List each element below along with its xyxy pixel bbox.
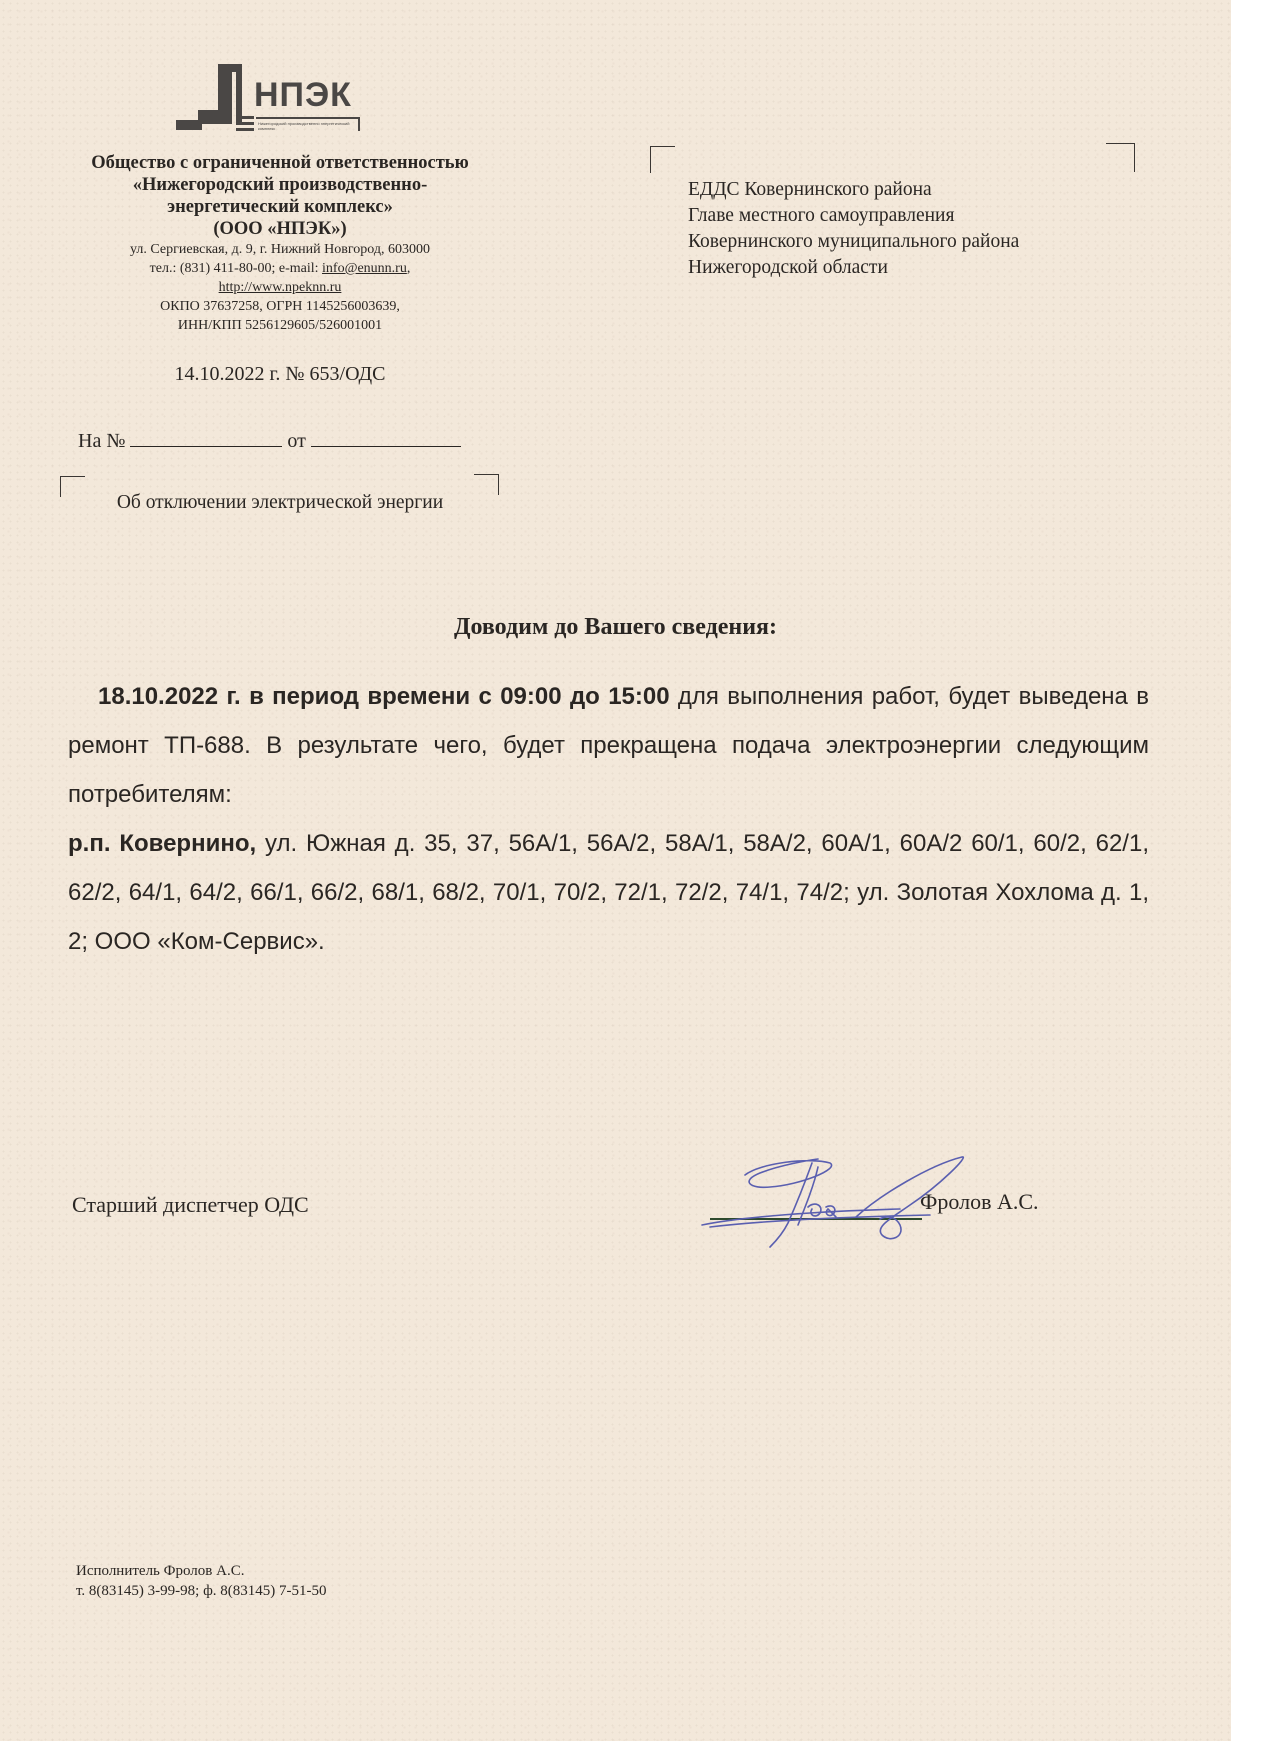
company-name-line: Общество с ограниченной ответственностью (60, 152, 500, 174)
company-short-name: (ООО «НПЭК») (60, 218, 500, 240)
logo-subtitle: Нижегородский производственно энергетиче… (256, 117, 360, 131)
addressee-line: ЕДДС Ковернинского района (688, 177, 1019, 203)
letter-subject: Об отключении электрической энергии (60, 492, 500, 514)
reply-reference: На № от (78, 430, 461, 453)
company-inn-kpp: ИНН/КПП 5256129605/526001001 (60, 316, 500, 335)
company-header: Общество с ограниченной ответственностью… (60, 152, 500, 335)
company-name-line: «Нижегородский производственно- (60, 174, 500, 196)
company-logo: НПЭК Нижегородский производственно энерг… (196, 64, 366, 140)
letter-page: НПЭК Нижегородский производственно энерг… (0, 0, 1231, 1741)
addressee-line: Главе местного самоуправления (688, 203, 1019, 229)
company-name-line: энергетический комплекс» (60, 196, 500, 218)
punctuation: , (407, 261, 411, 276)
company-email-link[interactable]: info@enunn.ru (322, 261, 407, 276)
executor-name: Исполнитель Фролов А.С. (76, 1561, 327, 1581)
addressee-block: ЕДДС Ковернинского района Главе местного… (688, 177, 1019, 281)
company-phone: тел.: (831) 411-80-00; e-mail: (150, 261, 322, 276)
reply-date-blank (311, 430, 461, 447)
company-website-link[interactable]: http://www.npeknn.ru (219, 280, 342, 295)
notice-title: Доводим до Вашего сведения: (0, 614, 1231, 641)
company-contacts: тел.: (831) 411-80-00; e-mail: info@enun… (60, 259, 500, 278)
corner-mark (650, 146, 675, 173)
settlement-name: р.п. Ковернино, (68, 830, 256, 857)
affected-consumers: р.п. Ковернино, ул. Южная д. 35, 37, 56А… (68, 819, 1149, 966)
addressee-line: Нижегородской области (688, 255, 1019, 281)
outgoing-number: 14.10.2022 г. № 653/ОДС (60, 363, 500, 386)
executor-contacts: т. 8(83145) 3-99-98; ф. 8(83145) 7-51-50 (76, 1581, 327, 1601)
outage-paragraph: 18.10.2022 г. в период времени с 09:00 д… (68, 672, 1149, 819)
logo-wordmark: НПЭК (254, 78, 352, 112)
company-okpo-ogrn: ОКПО 37637258, ОГРН 1145256003639, (60, 297, 500, 316)
addressee-line: Ковернинского муниципального района (688, 229, 1019, 255)
reply-number-blank (130, 430, 282, 447)
executor-info: Исполнитель Фролов А.С. т. 8(83145) 3-99… (76, 1561, 327, 1601)
outage-period: 18.10.2022 г. в период времени с 09:00 д… (98, 683, 670, 710)
signer-position: Старший диспетчер ОДС (72, 1192, 309, 1218)
reply-number-label: На № (78, 430, 125, 452)
reply-date-label: от (287, 430, 305, 452)
signer-name: Фролов А.С. (920, 1189, 1039, 1215)
letter-body: 18.10.2022 г. в период времени с 09:00 д… (68, 672, 1149, 966)
company-address: ул. Сергиевская, д. 9, г. Нижний Новгоро… (60, 240, 500, 259)
corner-mark (1106, 143, 1135, 172)
